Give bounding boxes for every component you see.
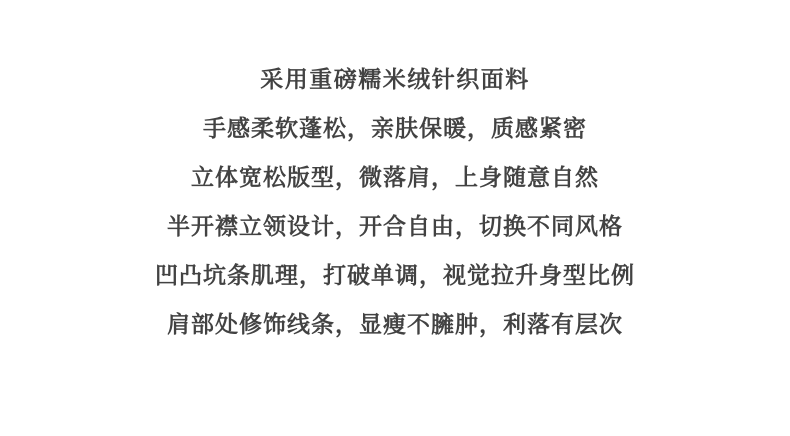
fabric-headline: 采用重磅糯米绒针织面料 [260, 68, 530, 91]
product-description-panel: 采用重磅糯米绒针织面料 手感柔软蓬松，亲肤保暖，质感紧密 立体宽松版型，微落肩，… [0, 0, 790, 436]
feature-line-collar: 半开襟立领设计，开合自由，切换不同风格 [167, 215, 623, 238]
feature-line-shoulder: 肩部处修饰线条，显瘦不臃肿，利落有层次 [167, 313, 623, 336]
feature-line-fit: 立体宽松版型，微落肩，上身随意自然 [191, 166, 599, 189]
feature-line-texture: 手感柔软蓬松，亲肤保暖，质感紧密 [203, 117, 587, 140]
feature-line-rib: 凹凸坑条肌理，打破单调，视觉拉升身型比例 [155, 264, 635, 287]
